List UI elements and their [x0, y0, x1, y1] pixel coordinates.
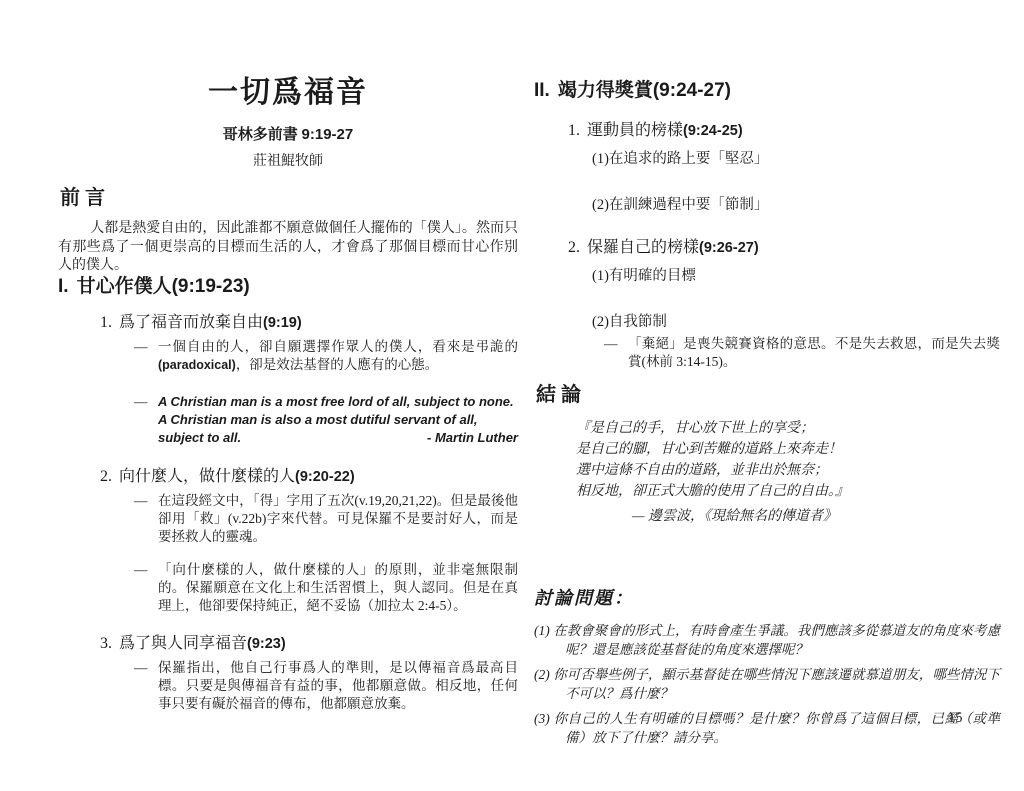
conclusion-heading: 結 論 [536, 384, 1000, 406]
point-ref: (9:19) [263, 315, 302, 331]
point-number: 1. [568, 122, 580, 139]
section1-title: 甘心作僕人 [77, 276, 172, 297]
quote-line: subject to all. [158, 429, 241, 447]
note-bullet: — 「向什麼樣的人，做什麼樣的人」的原則，並非毫無限制的。保羅願意在文化上和生活… [134, 561, 518, 615]
sub-point: (1)在追求的路上要「堅忍」 [592, 150, 1000, 168]
document-page: 一切爲福音 哥林多前書 9:19-27 莊祖鯤牧師 前 言 人都是熱愛自由的，因… [0, 0, 1024, 791]
point-number: 2. [100, 468, 112, 485]
section2-ref: (9:24-27) [653, 80, 731, 101]
quote-line: A Christian man is a most free lord of a… [158, 393, 518, 411]
note-english-term: (paradoxical) [158, 358, 236, 372]
page-number: 15 [948, 710, 963, 727]
quote-line: A Christian man is also a most dutiful s… [158, 411, 518, 429]
note-bullet: — 「棄絕」是喪失競賽資格的意思。不是失去救恩，而是失去獎賞(林前 3:14-1… [604, 335, 1000, 371]
point-title: 保羅自己的榜樣 [587, 239, 699, 256]
discussion-question: (3) 你自己的人生有明確的目標嗎？是什麼？你曾爲了這個目標，已經（或準備）放下… [534, 710, 1000, 747]
conclusion-quote-line: 選中這條不自由的道路，並非出於無奈； [576, 460, 1000, 481]
sub-point: (2)自我節制 [592, 313, 1000, 331]
section2-title: 竭力得獎賞 [558, 80, 653, 101]
note-bullet: — 一個自由的人，卻自願選擇作眾人的僕人，看來是弔詭的(paradoxical)… [134, 338, 518, 374]
luther-quote-lines: A Christian man is a most free lord of a… [158, 393, 518, 447]
conclusion-quote-line: 是自己的腳，甘心到苦難的道路上來奔走！ [576, 439, 1000, 460]
conclusion-quote-line: 『是自己的手，甘心放下世上的享受； [576, 418, 1000, 439]
dash-bullet: — [134, 338, 158, 374]
note-text: 一個自由的人，卻自願選擇作眾人的僕人，看來是弔詭的(paradoxical)，卻… [158, 338, 518, 374]
outline-point: 3.爲了與人同享福音(9:23) [100, 634, 518, 654]
conclusion-quote: 『是自己的手，甘心放下世上的享受； 是自己的腳，甘心到苦難的道路上來奔走！ 選中… [576, 418, 1000, 502]
outline-point: 2.保羅自己的榜樣(9:26-27) [568, 238, 1000, 258]
point-number: 2. [568, 239, 580, 256]
preface-heading: 前 言 [60, 187, 518, 209]
page-title: 一切爲福音 [58, 76, 518, 110]
sub-point: (2)在訓練過程中要「節制」 [592, 196, 1000, 214]
discussion-heading: 討論問題： [534, 587, 1000, 609]
note-text: 在這段經文中，「得」字用了五次(v.19,20,21,22)。但是最後他卻用「救… [158, 492, 518, 546]
point-title: 爲了與人同享福音 [119, 635, 247, 652]
quote-last-line: subject to all.- Martin Luther [158, 429, 518, 447]
dash-bullet: — [134, 492, 158, 546]
note-text-part: 一個自由的人，卻自願選擇作眾人的僕人，看來是弔詭的 [158, 339, 518, 354]
preface-paragraph: 人都是熱愛自由的，因此誰都不願意做個任人擺佈的「僕人」。然而只有那些爲了一個更崇… [58, 220, 518, 276]
point-ref: (9:20-22) [295, 469, 355, 485]
discussion-question: (1) 在教會聚會的形式上，有時會產生爭議。我們應該多從慕道友的角度來考慮呢？還… [534, 622, 1000, 659]
quote-attribution: - Martin Luther [427, 429, 518, 447]
left-column: 一切爲福音 哥林多前書 9:19-27 莊祖鯤牧師 前 言 人都是熱愛自由的，因… [58, 76, 518, 713]
outline-point: 1.爲了福音而放棄自由(9:19) [100, 313, 518, 333]
point-title: 向什麼人，做什麼樣的人 [119, 468, 295, 485]
note-bullet: — 保羅指出，他自己行事爲人的準則，是以傳福音爲最高目標。只要是與傳福音有益的事… [134, 659, 518, 713]
sub-point: (1)有明確的目標 [592, 267, 1000, 285]
point-number: 1. [100, 314, 112, 331]
note-text: 「向什麼樣的人，做什麼樣的人」的原則，並非毫無限制的。保羅願意在文化上和生活習慣… [158, 561, 518, 615]
note-text: 保羅指出，他自己行事爲人的準則，是以傳福音爲最高目標。只要是與傳福音有益的事，他… [158, 659, 518, 713]
note-bullet: — 在這段經文中，「得」字用了五次(v.19,20,21,22)。但是最後他卻用… [134, 492, 518, 546]
point-ref: (9:23) [247, 636, 286, 652]
section1-number: I. [58, 276, 69, 297]
outline-point: 1.運動員的榜樣(9:24-25) [568, 121, 1000, 141]
section1-heading: I.甘心作僕人(9:19-23) [58, 276, 518, 298]
dash-bullet: — [134, 659, 158, 713]
luther-quote: — A Christian man is a most free lord of… [134, 393, 518, 447]
dash-bullet: — [134, 393, 158, 447]
point-title: 爲了福音而放棄自由 [119, 314, 263, 331]
point-ref: (9:24-25) [683, 123, 743, 139]
scripture-book: 哥林多前書 [223, 127, 298, 143]
dash-bullet: — [134, 561, 158, 615]
note-text: 「棄絕」是喪失競賽資格的意思。不是失去救恩，而是失去獎賞(林前 3:14-15)… [628, 335, 1000, 371]
section1-ref: (9:19-23) [172, 276, 250, 297]
section2-number: II. [534, 80, 550, 101]
discussion-question: (2) 你可否舉些例子，顯示基督徒在哪些情況下應該遷就慕道朋友，哪些情況下不可以… [534, 666, 1000, 703]
conclusion-quote-line: 相反地，卻正式大膽的使用了自己的自由。』 [576, 481, 1000, 502]
dash-bullet: — [604, 335, 628, 371]
scripture-reference: 哥林多前書 9:19-27 [58, 123, 518, 144]
point-ref: (9:26-27) [699, 240, 759, 256]
point-title: 運動員的榜樣 [587, 122, 683, 139]
scripture-verses: 9:19-27 [302, 126, 354, 143]
right-column: II.竭力得獎賞(9:24-27) 1.運動員的榜樣(9:24-25) (1)在… [534, 80, 1000, 747]
conclusion-quote-attribution: — 邊雲波，《現給無名的傳道者》 [632, 505, 1000, 525]
note-text-part: ，卻是效法基督的人應有的心態。 [236, 357, 439, 372]
point-number: 3. [100, 635, 112, 652]
author-name: 莊祖鯤牧師 [58, 150, 518, 170]
section2-heading: II.竭力得獎賞(9:24-27) [534, 80, 1000, 102]
outline-point: 2.向什麼人，做什麼樣的人(9:20-22) [100, 467, 518, 487]
